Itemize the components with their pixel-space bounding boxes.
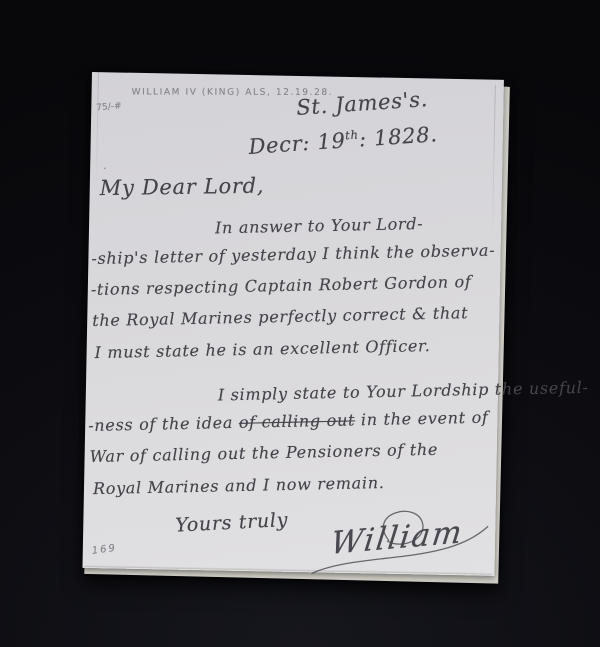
body2-line-2: -ness of the idea of calling out in the … <box>88 408 489 435</box>
body2-line-4: Royal Marines and I now remain. <box>93 473 385 498</box>
body-line-5: I must state he is an excellent Officer. <box>94 336 430 362</box>
body2-line-1: I simply state to Your Lordship the usef… <box>218 378 589 405</box>
body-line-1: In answer to Your Lord- <box>215 214 424 237</box>
left-fold-edge <box>96 72 99 192</box>
date-year: : 1828. <box>358 122 438 151</box>
body-line-2: -ship's letter of yesterday I think the … <box>91 241 495 268</box>
date-day: Decr: 19 <box>248 128 347 159</box>
date-ordinal: th <box>345 128 359 143</box>
body-line-3: -tions respecting Captain Robert Gordon … <box>91 272 472 299</box>
pencil-page-number: 169 <box>91 543 117 557</box>
body2-line2-pre: -ness of the idea <box>88 413 239 435</box>
right-fold-edge <box>492 85 496 245</box>
letter-page: WILLIAM IV (KING) ALS, 12.19.28. 75/-# ·… <box>82 72 503 576</box>
letter-photograph: WILLIAM IV (KING) ALS, 12.19.28. 75/-# ·… <box>0 0 600 647</box>
body-line-4: the Royal Marines perfectly correct & th… <box>92 303 468 330</box>
pencil-stray-mark: · <box>103 162 107 175</box>
letter-closing: Yours truly <box>175 509 289 537</box>
royal-signature: William <box>300 498 495 584</box>
pencil-price-code: 75/-# <box>96 101 122 113</box>
body2-line-3: War of calling out the Pensioners of the <box>89 440 438 466</box>
letter-date: Decr: 19th: 1828. <box>248 122 439 159</box>
body2-line2-strikethrough: of calling out <box>239 410 356 431</box>
body2-line2-post: in the event of <box>355 408 489 430</box>
letter-salutation: My Dear Lord, <box>100 174 265 201</box>
